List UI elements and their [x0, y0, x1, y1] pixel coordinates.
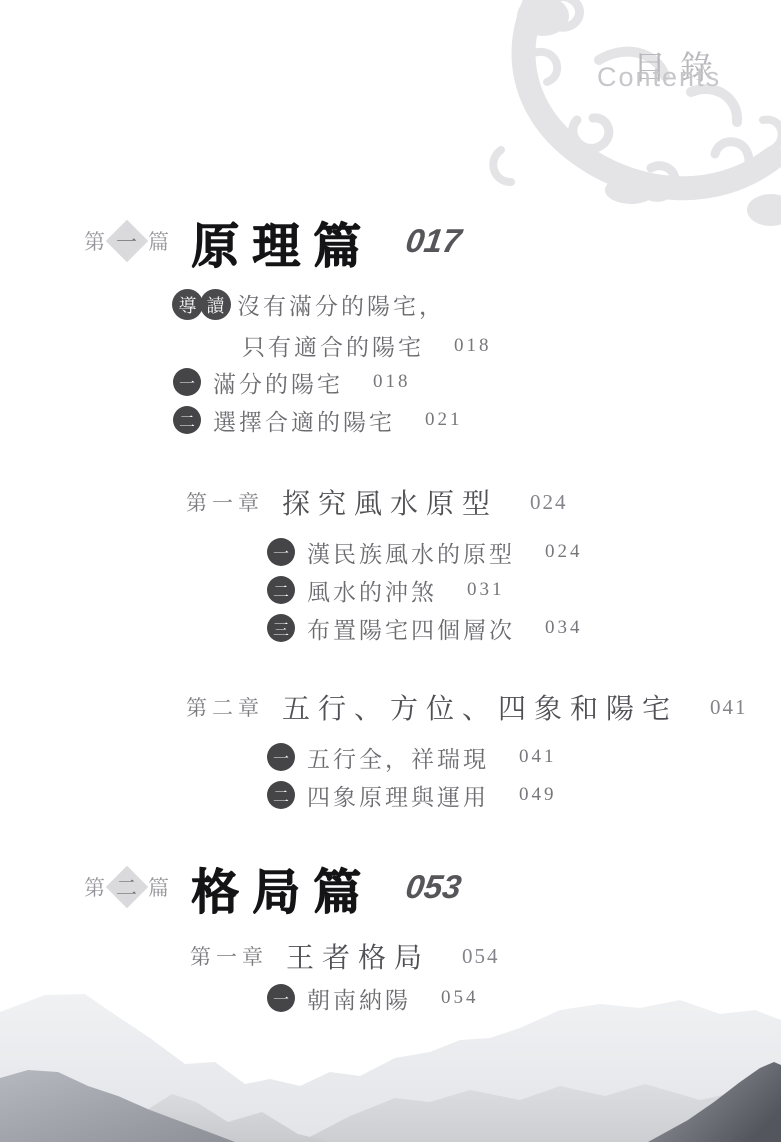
- entry-label: 風水的沖煞: [307, 574, 437, 607]
- chapter-heading: 第二章 五行、方位、四象和陽宅 041: [186, 689, 748, 725]
- part-number-diamond-icon: 二: [107, 867, 147, 907]
- chapter-title: 王者格局: [286, 936, 430, 976]
- part-number-diamond-icon: 一: [107, 221, 147, 261]
- part-2-heading: 第 二 篇 格局篇 053: [84, 858, 461, 916]
- intro-badge-char-1: 導: [172, 289, 203, 320]
- entry-page-number: 018: [373, 371, 411, 393]
- entry-page-number: 024: [545, 541, 583, 563]
- intro-page-number: 018: [454, 335, 492, 357]
- entry-label: 朝南納陽: [307, 982, 411, 1015]
- intro-text-line-1: 沒有滿分的陽宅，: [237, 288, 445, 321]
- toc-entry: 二 風水的沖煞 031: [267, 574, 505, 606]
- item-number-circle: 二: [267, 781, 295, 809]
- cloud-dragon-swirl-icon: [481, 0, 781, 235]
- item-number-circle: 二: [267, 576, 295, 604]
- item-number-circle: 一: [267, 743, 295, 771]
- toc-entry: 一 漢民族風水的原型 024: [267, 536, 583, 568]
- part-suffix: 篇: [148, 872, 170, 902]
- part-1-label: 第 一 篇: [84, 221, 170, 261]
- item-number-circle: 一: [173, 368, 201, 396]
- chapter-page-number: 041: [710, 695, 748, 720]
- chapter-label: 第一章: [186, 487, 264, 517]
- item-number-circle: 三: [267, 614, 295, 642]
- part-number: 二: [116, 872, 138, 902]
- toc-entry: 三 布置陽宅四個層次 034: [267, 612, 583, 644]
- item-number-circle: 二: [173, 406, 201, 434]
- chapter-title: 五行、方位、四象和陽宅: [282, 687, 678, 727]
- entry-label: 選擇合適的陽宅: [213, 404, 395, 437]
- intro-badge: 導 讀: [172, 289, 228, 320]
- part-number: 一: [116, 226, 138, 256]
- entry-page-number: 054: [441, 987, 479, 1009]
- chapter-heading: 第一章 探究風水原型 024: [186, 484, 568, 520]
- part-prefix: 第: [84, 872, 106, 902]
- toc-entry: 一 朝南納陽 054: [267, 982, 479, 1014]
- toc-entry: 一 五行全，祥瑞現 041: [267, 741, 557, 773]
- entry-page-number: 031: [467, 579, 505, 601]
- intro-line-1: 導 讀 沒有滿分的陽宅，: [172, 288, 445, 321]
- part-2-title: 格局篇: [191, 853, 374, 922]
- toc-entry: 一 滿分的陽宅 018: [173, 366, 411, 398]
- entry-page-number: 041: [519, 746, 557, 768]
- toc-entry: 二 選擇合適的陽宅 021: [173, 404, 463, 436]
- entry-label: 布置陽宅四個層次: [307, 612, 515, 645]
- part-2-page-number: 053: [403, 868, 463, 906]
- intro-line-2: 只有適合的陽宅 018: [242, 329, 492, 362]
- entry-page-number: 021: [425, 409, 463, 431]
- part-2-label: 第 二 篇: [84, 867, 170, 907]
- chapter-page-number: 024: [530, 490, 568, 515]
- toc-entry: 二 四象原理與運用 049: [267, 779, 557, 811]
- entry-label: 五行全，祥瑞現: [307, 741, 489, 774]
- entry-page-number: 049: [519, 784, 557, 806]
- header-ornament: 目錄 Contents: [481, 0, 781, 235]
- chapter-title: 探究風水原型: [282, 482, 498, 522]
- item-number-circle: 一: [267, 984, 295, 1012]
- intro-text-line-2: 只有適合的陽宅: [242, 329, 424, 362]
- part-1-page-number: 017: [403, 222, 463, 260]
- entry-label: 滿分的陽宅: [213, 366, 343, 399]
- entry-label: 四象原理與運用: [307, 779, 489, 812]
- chapter-label: 第二章: [186, 692, 264, 722]
- chapter-page-number: 054: [462, 944, 500, 969]
- entry-label: 漢民族風水的原型: [307, 536, 515, 569]
- item-number-circle: 一: [267, 538, 295, 566]
- toc-title-english: Contents: [597, 62, 721, 93]
- part-suffix: 篇: [148, 226, 170, 256]
- chapter-label: 第一章: [190, 941, 268, 971]
- chapter-heading: 第一章 王者格局 054: [190, 938, 500, 974]
- entry-page-number: 034: [545, 617, 583, 639]
- part-1-heading: 第 一 篇 原理篇 017: [84, 212, 461, 270]
- part-prefix: 第: [84, 226, 106, 256]
- intro-badge-char-2: 讀: [200, 289, 231, 320]
- part-1-title: 原理篇: [191, 207, 374, 276]
